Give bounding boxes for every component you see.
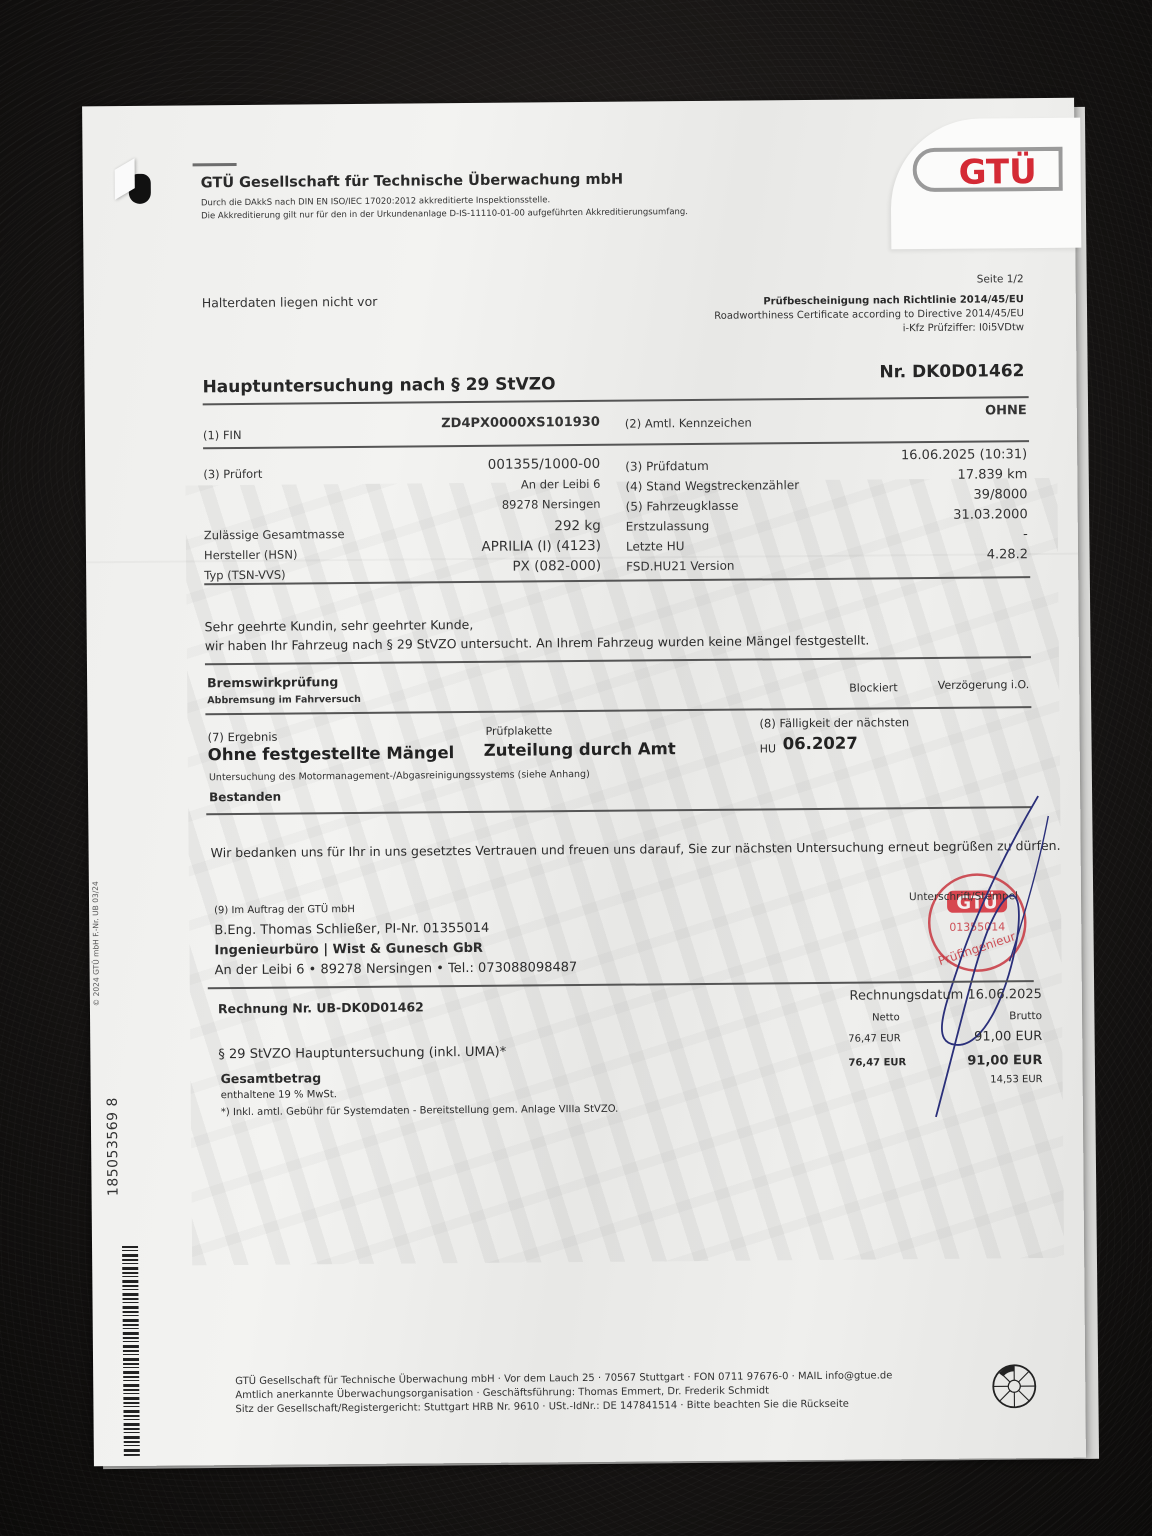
fsd-version-label: FSD.HU21 Version [626, 555, 800, 577]
accreditation-note: Durch die DAkkS nach DIN EN ISO/IEC 1702… [201, 193, 688, 223]
location-code: 001355/1000-00 [415, 454, 600, 476]
page-indicator: Seite 1/2 [977, 273, 1024, 285]
side-copyright: © 2024 GTÜ mbH F.-Nr. UB 03/24 [91, 881, 101, 1006]
mass-label: Zulässige Gesamtmasse [204, 524, 345, 545]
inspection-plaque-seal-icon [991, 1363, 1037, 1409]
test-date-value: 16.06.2025 (10:31) [845, 445, 1027, 467]
side-form-number: 185053569 8 [105, 1097, 122, 1196]
invoice-footnote: *) Inkl. amtl. Gebühr für Systemdaten - … [221, 1104, 619, 1118]
on-behalf-label: (9) Im Auftrag der GTÜ mbH [214, 904, 355, 916]
fsd-version-value: 4.28.2 [846, 545, 1028, 567]
check-code: i-Kfz Prüfziffer: I0i5VDtw [714, 321, 1024, 338]
vehicle-left-labels: Zulässige Gesamtmasse Hersteller (HSN) T… [204, 524, 345, 585]
brake-blocked: Blockiert [849, 681, 898, 694]
salutation: Sehr geehrte Kundin, sehr geehrter Kunde… [205, 612, 870, 656]
divider [205, 656, 1031, 665]
item-brutto: 91,00 EUR [974, 1029, 1042, 1045]
brutto-header: Brutto [1009, 1010, 1042, 1022]
mass-value: 292 kg [416, 516, 601, 538]
location-values: 001355/1000-00 An der Leibi 6 89278 Ners… [415, 454, 601, 516]
plaque-value: Zuteilung durch Amt [484, 739, 676, 760]
vehicle-class-value: 39/8000 [845, 485, 1027, 507]
location-street: An der Leibi 6 [415, 474, 600, 496]
signature [888, 786, 1071, 1128]
test-date-label: (3) Prüfdatum [625, 455, 799, 477]
plaque-label: Prüfplakette [485, 724, 552, 738]
vehicle-class-label: (5) Fahrzeugklasse [626, 495, 800, 517]
last-hu-label: Letzte HU [626, 535, 800, 557]
document-title: Hauptuntersuchung nach § 29 StVZO [202, 374, 555, 397]
engine-check-result: Bestanden [209, 790, 281, 805]
engine-check-label: Untersuchung des Motormanagement-/Abgasr… [209, 769, 590, 783]
inspector-address: An der Leibi 6 • 89278 Nersingen • Tel.:… [215, 958, 578, 981]
due-prefix: HU [760, 742, 776, 755]
total-netto: 76,47 EUR [848, 1057, 906, 1069]
first-registration-label: Erstzulassung [626, 515, 800, 537]
netto-header: Netto [872, 1012, 900, 1023]
document-number: Nr. DK0D01462 [879, 361, 1024, 382]
invoice-item: § 29 StVZO Hauptuntersuchung (inkl. UMA)… [218, 1045, 506, 1063]
location-label: (3) Prüfort [203, 467, 262, 482]
inspection-certificate-page: GTÜ Gesellschaft für Technische Überwach… [82, 98, 1086, 1467]
holder-note: Halterdaten liegen nicht vor [202, 294, 378, 311]
location-city: 89278 Nersingen [415, 494, 600, 516]
manufacturer-value: APRILIA (I) (4123) [416, 536, 601, 558]
fin-value: ZD4PX0000XS101930 [415, 415, 600, 432]
brake-deceleration: Verzögerung i.O. [938, 678, 1030, 692]
punch-hole [115, 156, 159, 210]
manufacturer-label: Hersteller (HSN) [204, 544, 345, 565]
vat-label: enthaltene 19 % MwSt. [221, 1089, 337, 1101]
plate-label: (2) Amtl. Kennzeichen [625, 416, 752, 431]
due-label: (8) Fälligkeit der nächsten [759, 715, 909, 730]
invoice-date: Rechnungsdatum 16.06.2025 [849, 987, 1041, 1004]
vat-value: 14,53 EUR [990, 1074, 1043, 1085]
item-netto: 76,47 EUR [848, 1033, 901, 1044]
barcode [122, 1246, 140, 1456]
footer: GTÜ Gesellschaft für Technische Überwach… [235, 1369, 893, 1417]
invoice-number: Rechnung Nr. UB-DK0D01462 [218, 999, 424, 1016]
fin-label: (1) FIN [203, 428, 242, 442]
header-bar [193, 163, 237, 166]
total-label: Gesamtbetrag [221, 1070, 322, 1086]
first-registration-value: 31.03.2000 [846, 505, 1028, 527]
divider [205, 706, 1031, 715]
total-brutto: 91,00 EUR [967, 1053, 1042, 1069]
gtue-logo: GTÜ [912, 145, 1062, 194]
due-value: 06.2027 [783, 734, 858, 754]
odometer-value: 17.839 km [845, 465, 1027, 487]
vehicle-right-labels: (3) Prüfdatum (4) Stand Wegstreckenzähle… [625, 455, 800, 577]
last-hu-value: - [846, 525, 1028, 547]
company-name: GTÜ Gesellschaft für Technische Überwach… [201, 172, 623, 192]
svg-text:GTÜ: GTÜ [958, 151, 1036, 193]
certificate-title-de: Prüfbescheinigung nach Richtlinie 2014/4… [763, 294, 1024, 307]
inspector-block: B.Eng. Thomas Schließer, PI-Nr. 01355014… [214, 918, 577, 981]
vehicle-right-values: 16.06.2025 (10:31) 17.839 km 39/8000 31.… [845, 445, 1028, 567]
result-value: Ohne festgestellte Mängel [208, 743, 455, 764]
type-value: PX (082-000) [416, 556, 601, 578]
brake-test-title: Bremswirkprüfung [207, 674, 338, 690]
odometer-label: (4) Stand Wegstreckenzähler [625, 475, 799, 497]
brake-test-subtitle: Abbremsung im Fahrversuch [207, 694, 361, 706]
plate-value: OHNE [885, 403, 1027, 419]
vehicle-left-values: 292 kg APRILIA (I) (4123) PX (082-000) [416, 516, 602, 578]
certificate-info: Prüfbescheinigung nach Richtlinie 2014/4… [714, 293, 1024, 338]
result-label: (7) Ergebnis [208, 730, 278, 745]
